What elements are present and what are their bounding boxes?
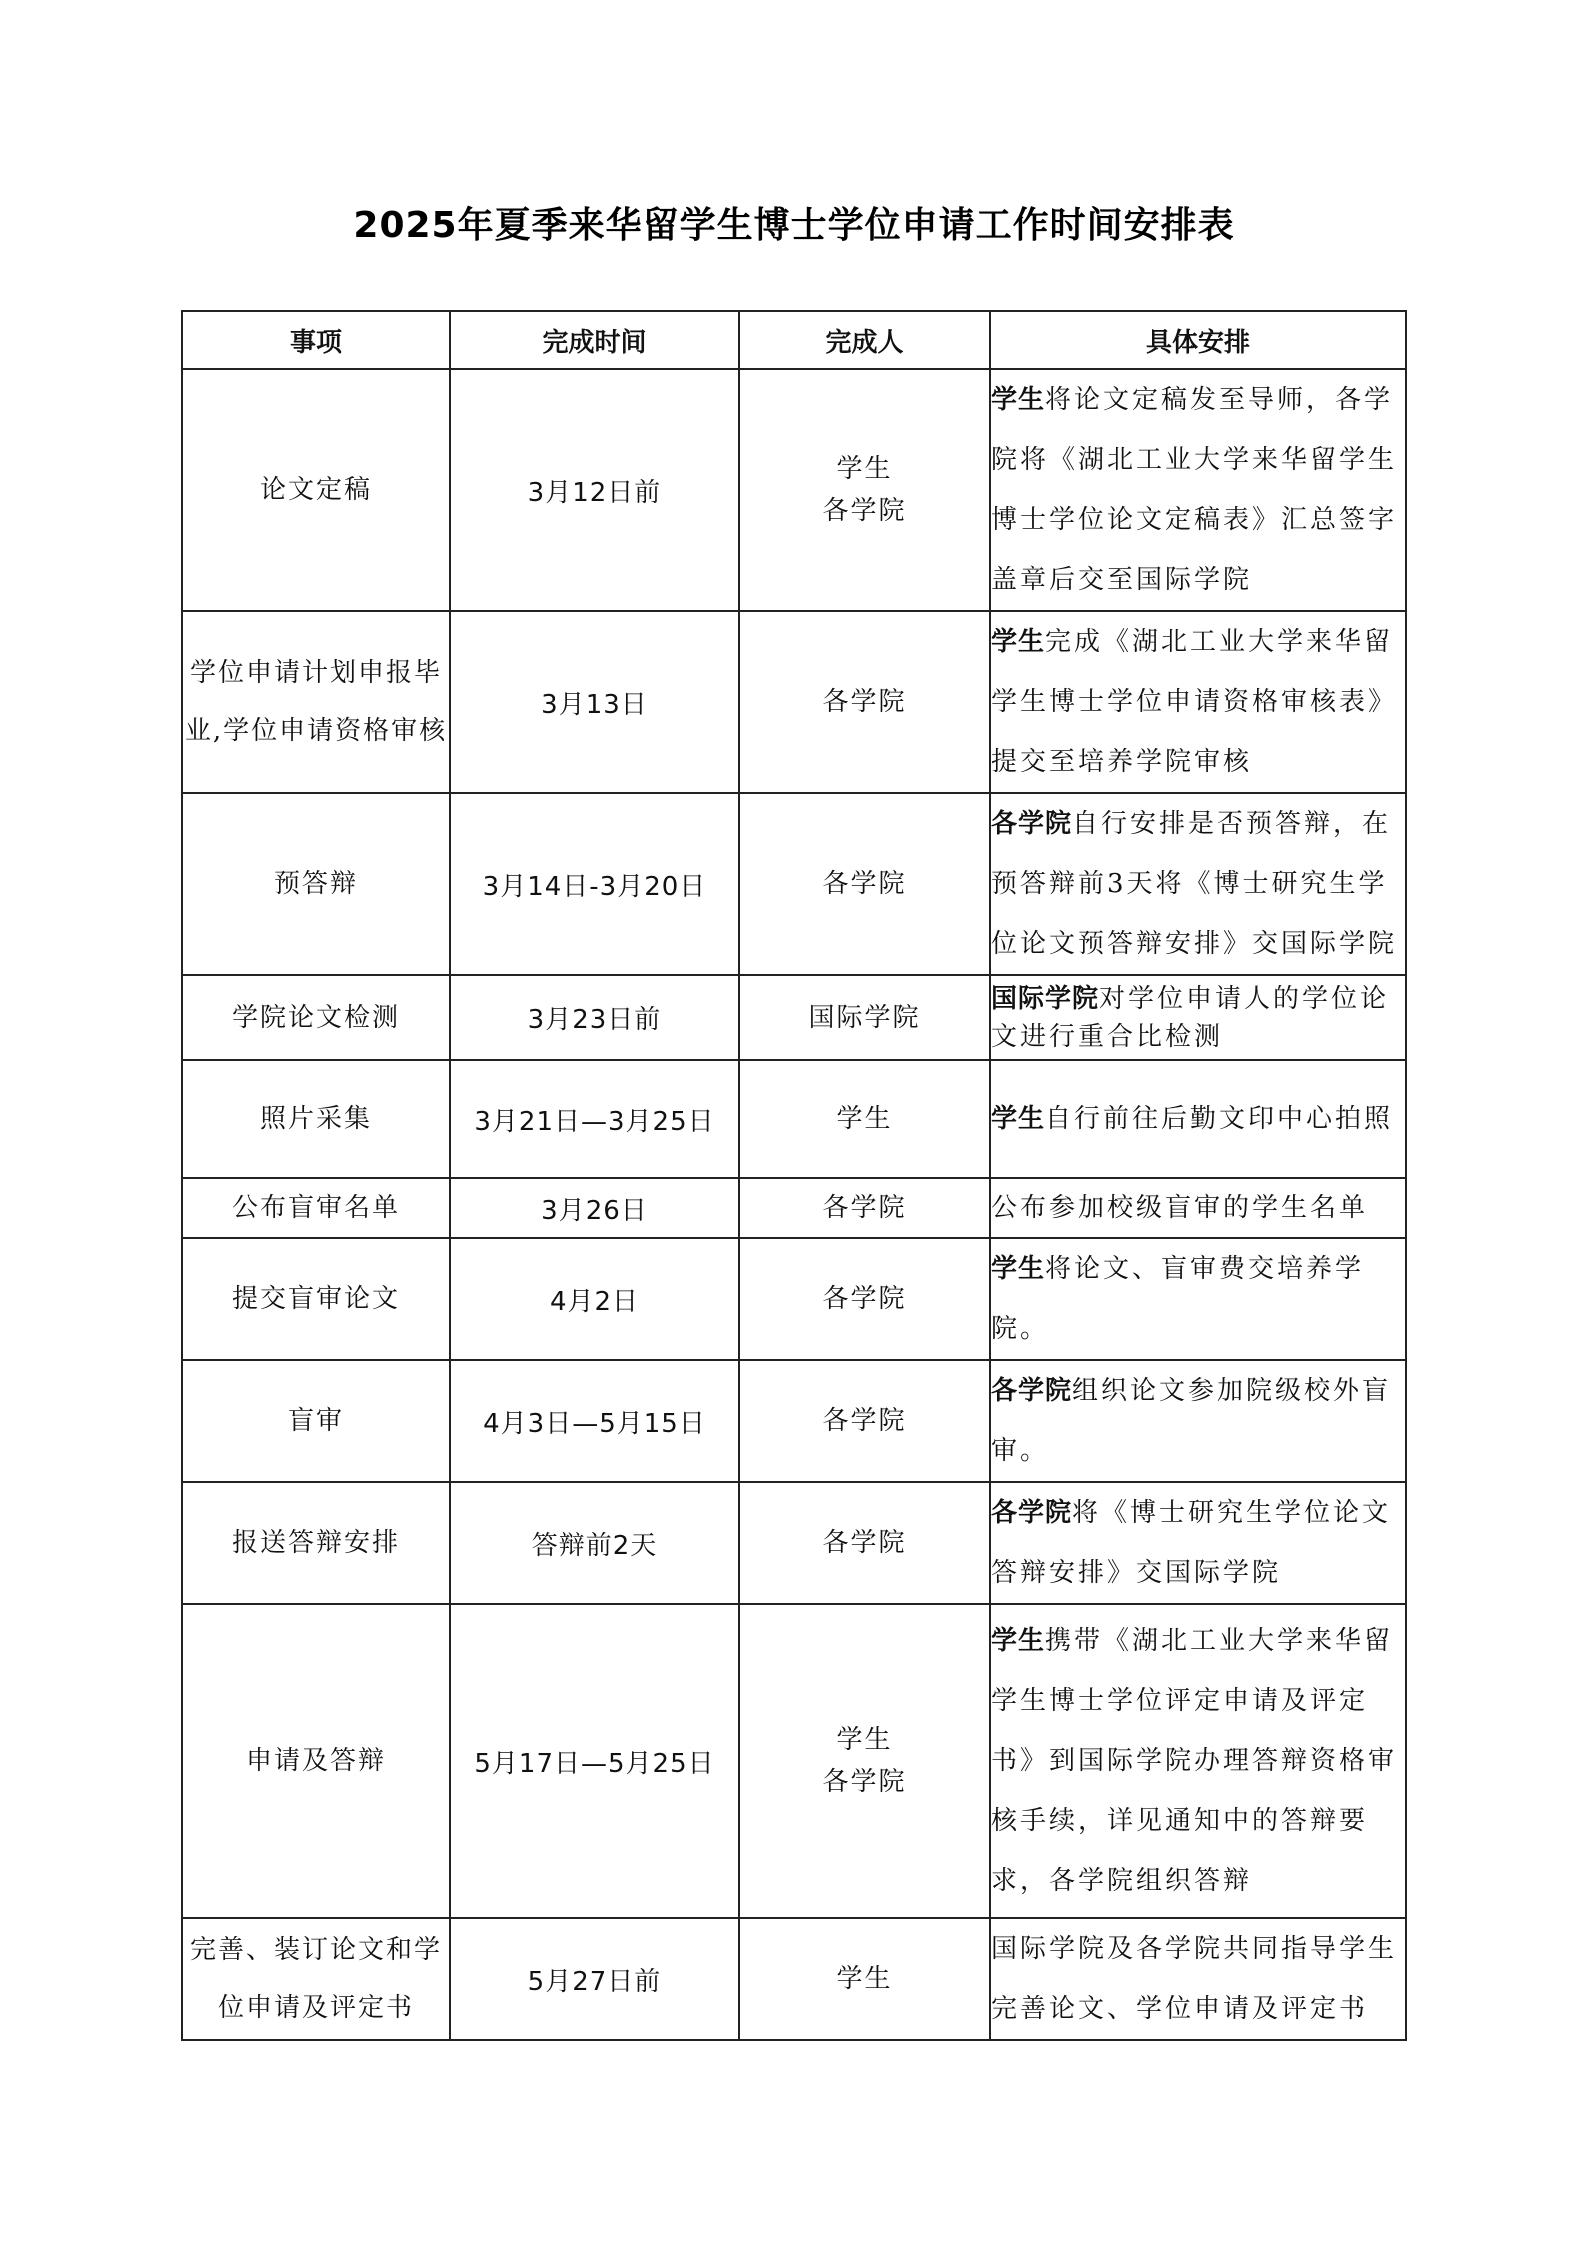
cell-detail: 国际学院对学位申请人的学位论文进行重合比检测 xyxy=(990,975,1406,1060)
person-line: 各学院 xyxy=(740,1522,989,1564)
cell-person: 各学院 xyxy=(739,611,990,793)
cell-time: 3月12日前 xyxy=(450,369,739,611)
cell-person: 学生 xyxy=(739,1060,990,1178)
table-row: 论文定稿 3月12日前 学生 各学院 学生将论文定稿发至导师，各学院将《湖北工业… xyxy=(182,369,1406,611)
cell-item: 公布盲审名单 xyxy=(182,1178,450,1238)
cell-item: 完善、装订论文和学位申请及评定书 xyxy=(182,1918,450,2040)
cell-item: 盲审 xyxy=(182,1360,450,1482)
detail-lead: 各学院 xyxy=(991,1498,1072,1528)
table-row: 学院论文检测 3月23日前 国际学院 国际学院对学位申请人的学位论文进行重合比检… xyxy=(182,975,1406,1060)
cell-detail: 国际学院及各学院共同指导学生完善论文、学位申请及评定书 xyxy=(990,1918,1406,2040)
detail-lead: 各学院 xyxy=(991,809,1072,839)
cell-time: 3月26日 xyxy=(450,1178,739,1238)
detail-text: 携带《湖北工业大学来华留学生博士学位评定申请及评定书》到国际学院办理答辩资格审核… xyxy=(991,1626,1397,1896)
table-row: 申请及答辩 5月17日—5月25日 学生 各学院 学生携带《湖北工业大学来华留学… xyxy=(182,1604,1406,1918)
table-row: 学位申请计划申报毕业,学位申请资格审核 3月13日 各学院 学生完成《湖北工业大… xyxy=(182,611,1406,793)
column-header-detail: 具体安排 xyxy=(990,311,1406,369)
cell-detail: 学生携带《湖北工业大学来华留学生博士学位评定申请及评定书》到国际学院办理答辩资格… xyxy=(990,1604,1406,1918)
person-line: 学生 xyxy=(740,1958,989,2000)
person-line: 各学院 xyxy=(740,1761,989,1803)
person-line: 学生 xyxy=(740,1098,989,1140)
person-line: 各学院 xyxy=(740,490,989,532)
cell-detail: 各学院组织论文参加院级校外盲审。 xyxy=(990,1360,1406,1482)
column-header-item: 事项 xyxy=(182,311,450,369)
cell-detail: 学生自行前往后勤文印中心拍照 xyxy=(990,1060,1406,1178)
person-line: 各学院 xyxy=(740,681,989,723)
cell-time: 5月27日前 xyxy=(450,1918,739,2040)
cell-time: 3月13日 xyxy=(450,611,739,793)
schedule-table: 事项 完成时间 完成人 具体安排 论文定稿 3月12日前 学生 各学院 学生将论… xyxy=(181,310,1407,2041)
detail-text: 完成《湖北工业大学来华留学生博士学位申请资格审核表》提交至培养学院审核 xyxy=(991,627,1397,777)
detail-text: 将论文定稿发至导师，各学院将《湖北工业大学来华留学生博士学位论文定稿表》汇总签字… xyxy=(991,385,1397,595)
person-line: 各学院 xyxy=(740,863,989,905)
cell-person: 各学院 xyxy=(739,1482,990,1604)
table-row: 公布盲审名单 3月26日 各学院 公布参加校级盲审的学生名单 xyxy=(182,1178,1406,1238)
person-line: 各学院 xyxy=(740,1278,989,1320)
table-row: 预答辩 3月14日-3月20日 各学院 各学院自行安排是否预答辩，在预答辩前3天… xyxy=(182,793,1406,975)
cell-item: 申请及答辩 xyxy=(182,1604,450,1918)
person-line: 各学院 xyxy=(740,1400,989,1442)
detail-lead: 各学院 xyxy=(991,1376,1072,1406)
person-line: 学生 xyxy=(740,448,989,490)
cell-person: 学生 各学院 xyxy=(739,369,990,611)
page-title: 2025年夏季来华留学生博士学位申请工作时间安排表 xyxy=(0,198,1588,254)
cell-time: 4月3日—5月15日 xyxy=(450,1360,739,1482)
cell-detail: 各学院自行安排是否预答辩，在预答辩前3天将《博士研究生学位论文预答辩安排》交国际… xyxy=(990,793,1406,975)
detail-text: 公布参加校级盲审的学生名单 xyxy=(991,1193,1368,1223)
cell-person: 国际学院 xyxy=(739,975,990,1060)
table-row: 照片采集 3月21日—3月25日 学生 学生自行前往后勤文印中心拍照 xyxy=(182,1060,1406,1178)
cell-detail: 公布参加校级盲审的学生名单 xyxy=(990,1178,1406,1238)
cell-time: 5月17日—5月25日 xyxy=(450,1604,739,1918)
detail-lead: 学生 xyxy=(991,1104,1045,1134)
column-header-time: 完成时间 xyxy=(450,311,739,369)
cell-item: 论文定稿 xyxy=(182,369,450,611)
person-line: 国际学院 xyxy=(740,997,989,1039)
cell-item: 预答辩 xyxy=(182,793,450,975)
table-row: 盲审 4月3日—5月15日 各学院 各学院组织论文参加院级校外盲审。 xyxy=(182,1360,1406,1482)
cell-detail: 学生将论文定稿发至导师，各学院将《湖北工业大学来华留学生博士学位论文定稿表》汇总… xyxy=(990,369,1406,611)
detail-text: 自行前往后勤文印中心拍照 xyxy=(1045,1104,1393,1134)
cell-person: 各学院 xyxy=(739,1178,990,1238)
table-row: 提交盲审论文 4月2日 各学院 学生将论文、盲审费交培养学院。 xyxy=(182,1238,1406,1360)
cell-item: 照片采集 xyxy=(182,1060,450,1178)
table-row: 报送答辩安排 答辩前2天 各学院 各学院将《博士研究生学位论文答辩安排》交国际学… xyxy=(182,1482,1406,1604)
cell-person: 各学院 xyxy=(739,1360,990,1482)
detail-lead: 学生 xyxy=(991,385,1045,415)
cell-person: 学生 各学院 xyxy=(739,1604,990,1918)
detail-lead: 学生 xyxy=(991,1254,1045,1284)
cell-person: 各学院 xyxy=(739,793,990,975)
detail-lead: 国际学院 xyxy=(991,984,1099,1014)
cell-time: 3月23日前 xyxy=(450,975,739,1060)
cell-person: 各学院 xyxy=(739,1238,990,1360)
table-row: 完善、装订论文和学位申请及评定书 5月27日前 学生 国际学院及各学院共同指导学… xyxy=(182,1918,1406,2040)
table-header-row: 事项 完成时间 完成人 具体安排 xyxy=(182,311,1406,369)
cell-item: 报送答辩安排 xyxy=(182,1482,450,1604)
person-line: 学生 xyxy=(740,1719,989,1761)
cell-time: 4月2日 xyxy=(450,1238,739,1360)
cell-item: 学位申请计划申报毕业,学位申请资格审核 xyxy=(182,611,450,793)
detail-lead: 学生 xyxy=(991,627,1045,657)
detail-lead: 学生 xyxy=(991,1626,1045,1656)
cell-time: 答辩前2天 xyxy=(450,1482,739,1604)
cell-item: 学院论文检测 xyxy=(182,975,450,1060)
cell-detail: 各学院将《博士研究生学位论文答辩安排》交国际学院 xyxy=(990,1482,1406,1604)
cell-time: 3月14日-3月20日 xyxy=(450,793,739,975)
cell-time: 3月21日—3月25日 xyxy=(450,1060,739,1178)
detail-text: 国际学院及各学院共同指导学生完善论文、学位申请及评定书 xyxy=(991,1934,1397,2024)
cell-detail: 学生将论文、盲审费交培养学院。 xyxy=(990,1238,1406,1360)
person-line: 各学院 xyxy=(740,1187,989,1229)
cell-person: 学生 xyxy=(739,1918,990,2040)
cell-detail: 学生完成《湖北工业大学来华留学生博士学位申请资格审核表》提交至培养学院审核 xyxy=(990,611,1406,793)
column-header-person: 完成人 xyxy=(739,311,990,369)
cell-item: 提交盲审论文 xyxy=(182,1238,450,1360)
detail-text: 将论文、盲审费交培养学院。 xyxy=(991,1254,1364,1344)
